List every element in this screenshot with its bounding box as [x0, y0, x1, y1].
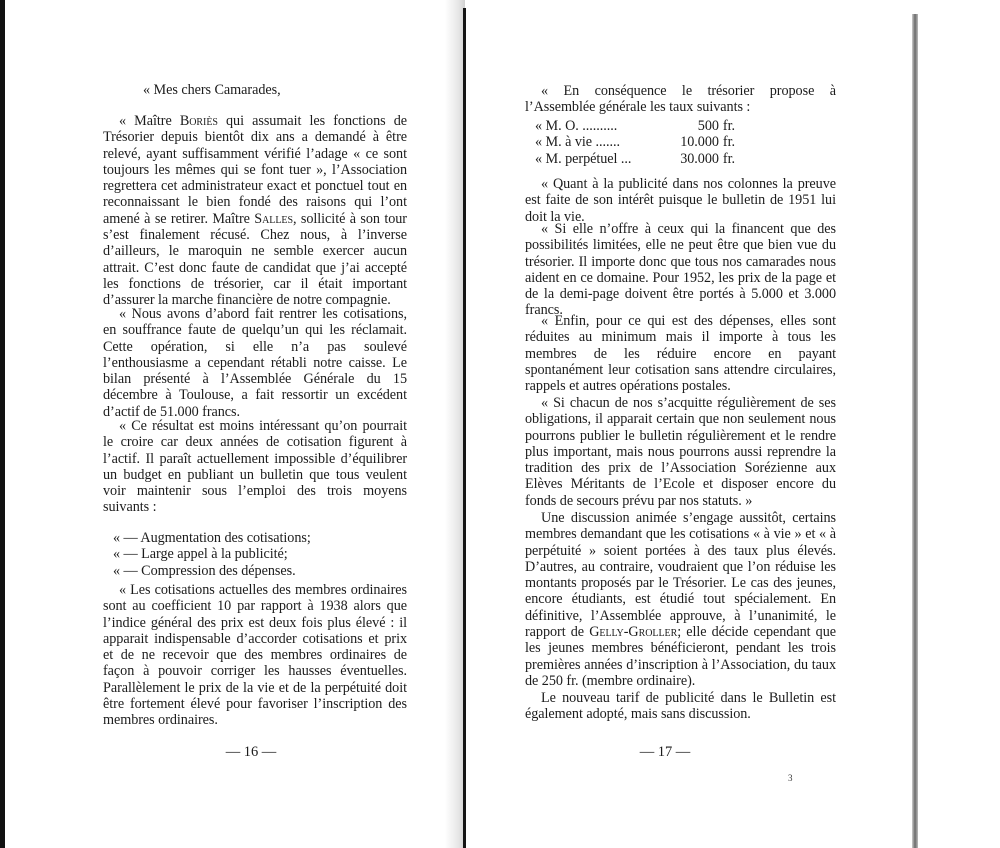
paragraph-resultat: « Ce résultat est moins intéressant qu’o…: [103, 418, 407, 516]
book-spine: [463, 8, 466, 848]
rate-row: « M. à vie ....... 10.000 fr.: [535, 134, 735, 150]
rates-table: « M. O. .......... 500 fr. « M. à vie ..…: [535, 118, 735, 167]
paragraph-publicite: « Quant à la publicité dans nos colonnes…: [525, 176, 836, 225]
page-number: — 16 —: [211, 744, 291, 760]
list-item: « — Compression des dépenses.: [103, 563, 407, 579]
paragraph-financent: « Si elle n’offre à ceux qui la financen…: [525, 221, 836, 319]
list-item: « — Large appel à la publicité;: [103, 546, 407, 562]
paragraph-treasurer: « Maître Boriès qui assumait les fonctio…: [103, 113, 407, 309]
right-page: « En conséquence le trésorier propose à …: [525, 0, 836, 848]
page-number: — 17 —: [625, 744, 705, 760]
means-list: « — Augmentation des cotisations; « — La…: [103, 530, 407, 579]
person-name: Gelly-Groller: [589, 624, 677, 640]
paragraph-cotisations-actuelles: « Les cotisations actuelles des membres …: [103, 582, 407, 729]
spine-shadow: [445, 0, 465, 848]
paragraph-discussion: Une discussion animée s’engage aussitôt,…: [525, 510, 836, 689]
paragraph-cotisations: « Nous avons d’abord fait rentrer les co…: [103, 306, 407, 420]
paragraph-proposition: « En conséquence le trésorier propose à …: [525, 83, 836, 116]
salutation: « Mes chers Camarades,: [143, 82, 281, 98]
scan-left-edge: [0, 0, 5, 848]
rate-row: « M. perpétuel ... 30.000 fr.: [535, 151, 735, 167]
stray-mark: 3: [788, 770, 792, 786]
rate-row: « M. O. .......... 500 fr.: [535, 118, 735, 134]
paragraph-tarif: Le nouveau tarif de publicité dans le Bu…: [525, 690, 836, 723]
list-item: « — Augmentation des cotisations;: [103, 530, 407, 546]
paragraph-obligations: « Si chacun de nos s’acquitte régulièrem…: [525, 395, 836, 509]
person-name: Salles: [254, 211, 293, 227]
person-name: Boriès: [180, 113, 218, 129]
paragraph-depenses: « Enfin, pour ce qui est des dépenses, e…: [525, 313, 836, 394]
left-page: « Mes chers Camarades, « Maître Boriès q…: [103, 0, 407, 848]
scan-margin: [918, 0, 1000, 848]
